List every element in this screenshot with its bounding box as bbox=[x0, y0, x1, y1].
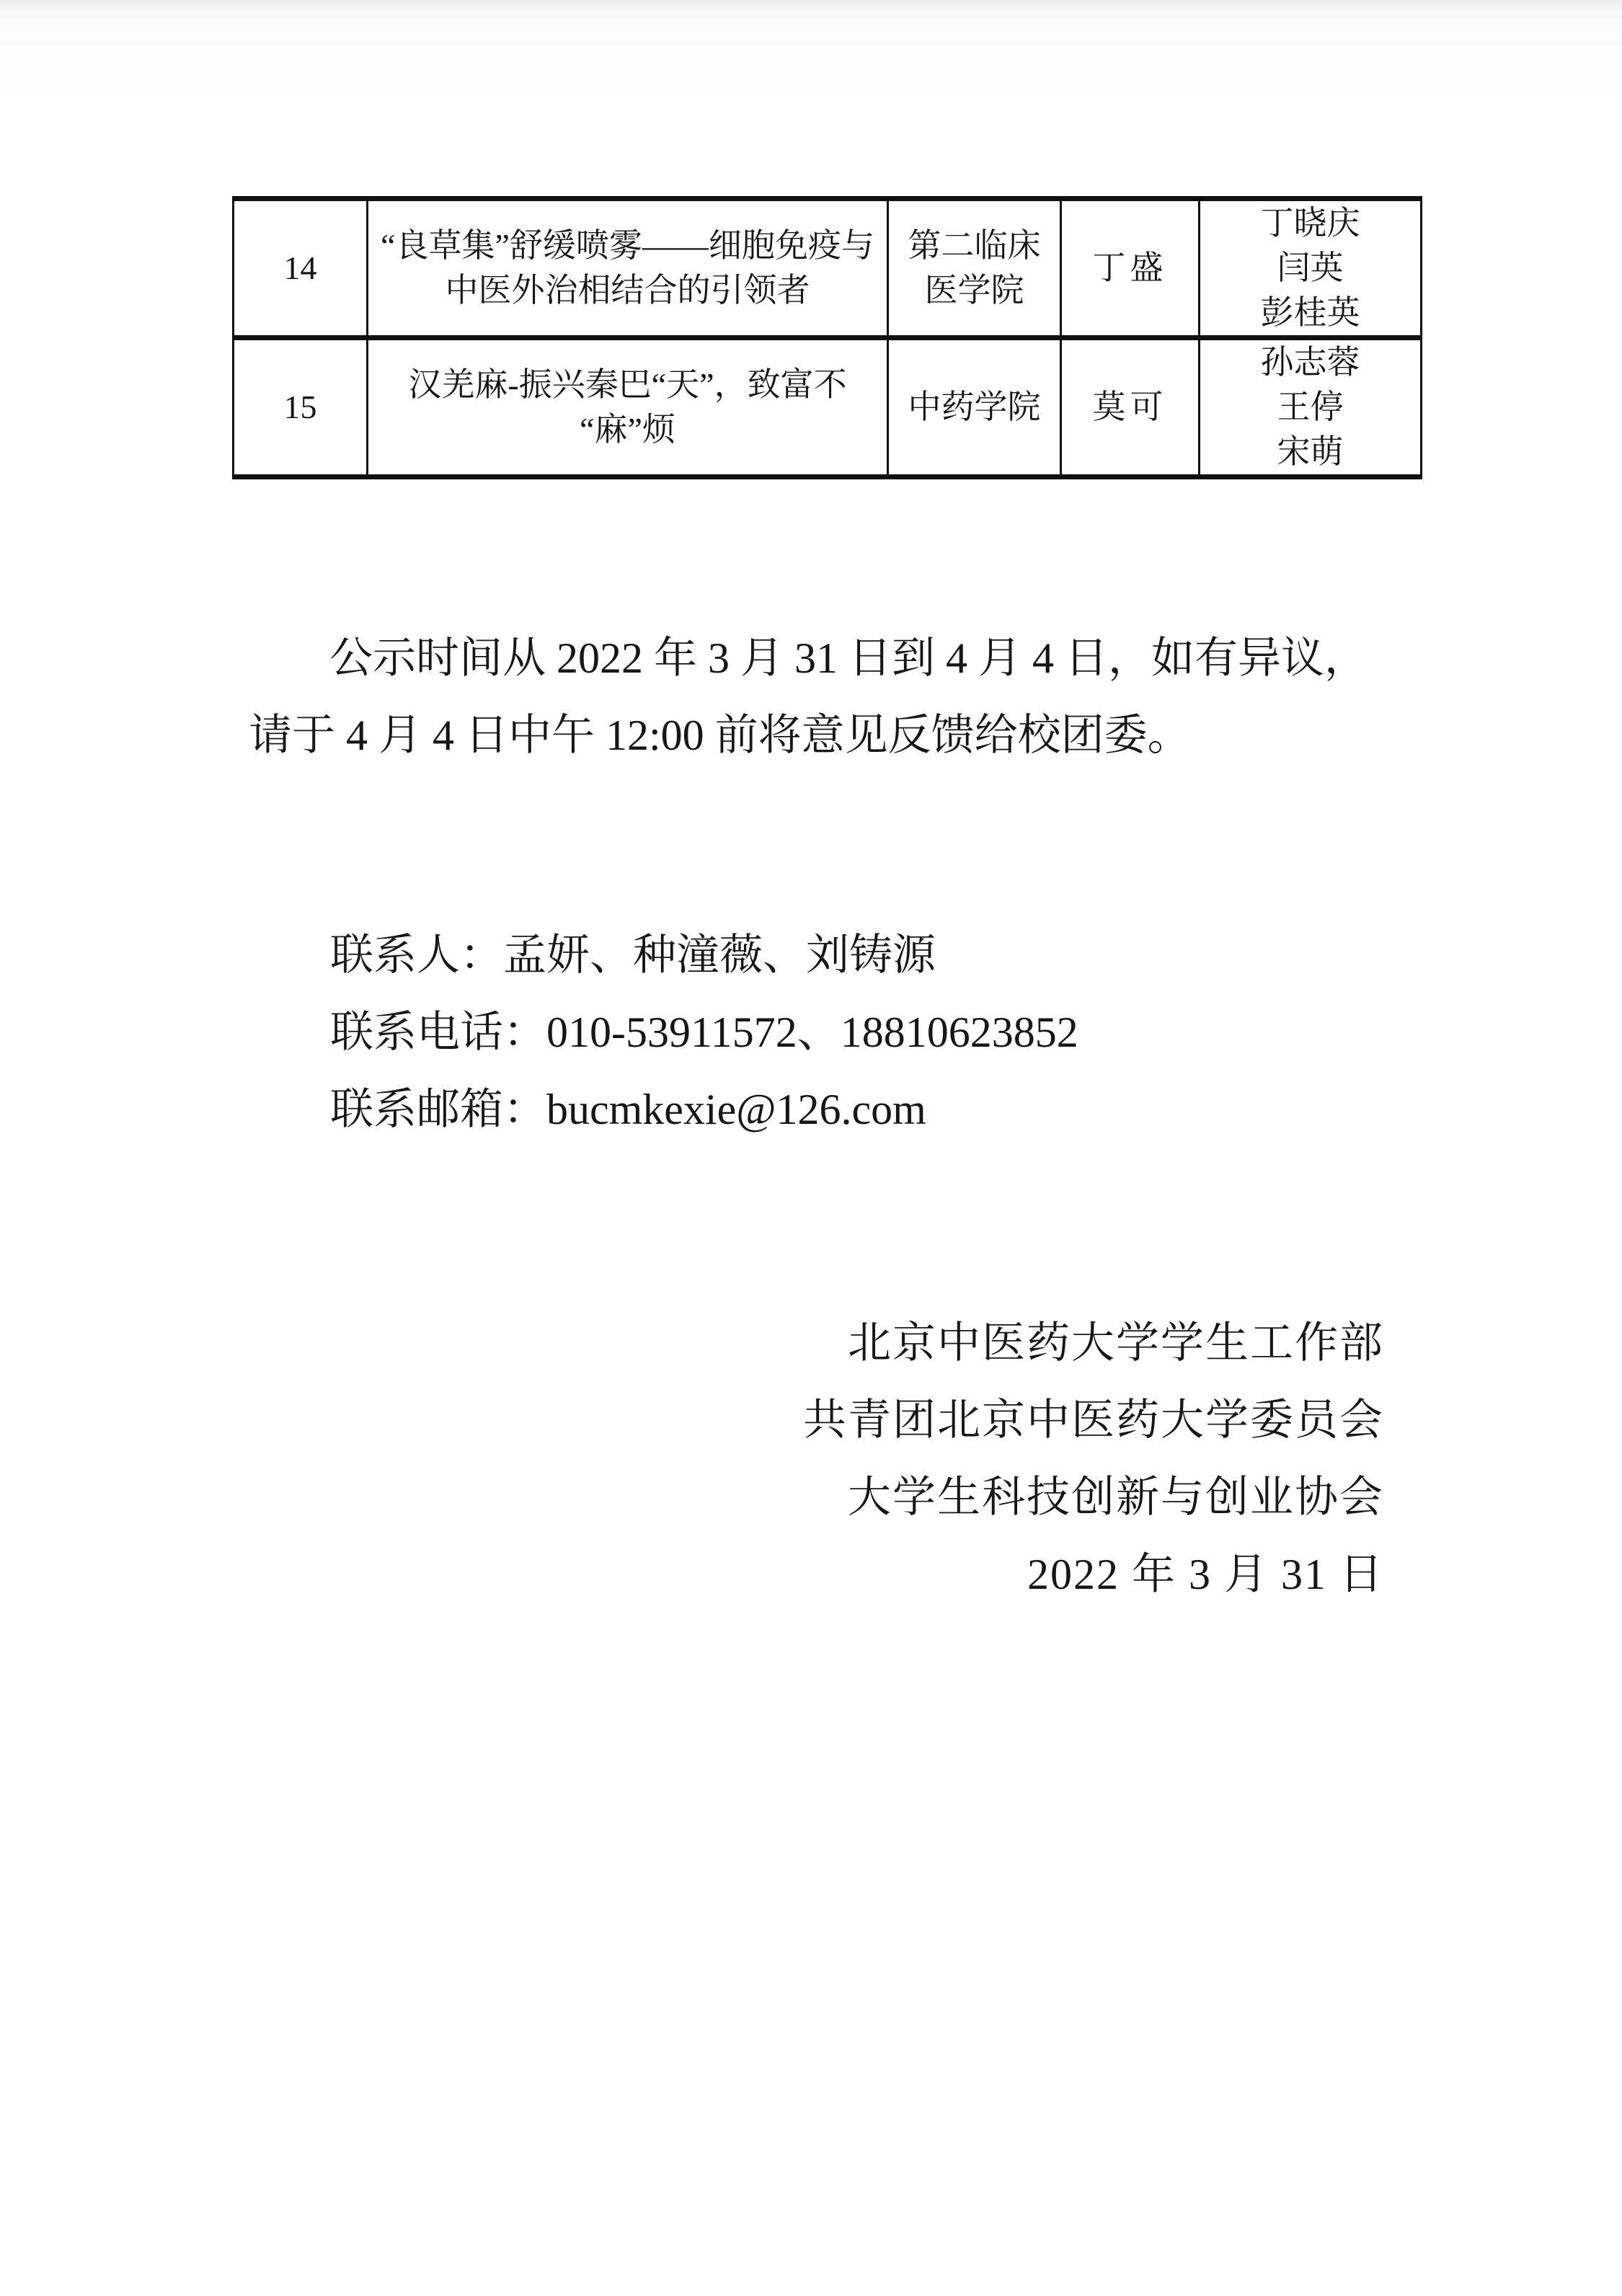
members-cell: 丁晓庆 闫英 彭桂英 bbox=[1200, 199, 1422, 338]
member-name: 闫英 bbox=[1205, 246, 1416, 291]
contact-email-line: 联系邮箱：bucmkexie@126.com bbox=[330, 1071, 1078, 1148]
table-row-14: 14 “良草集”舒缓喷雾——细胞免疫与 中医外治相结合的引领者 第二临床 医学院… bbox=[234, 199, 1422, 338]
member-name: 王停 bbox=[1205, 385, 1416, 430]
notice-paragraph: 公示时间从 2022 年 3 月 31 日到 4 月 4 日，如有异议， 请于 … bbox=[249, 620, 1417, 774]
members-cell: 孙志蓉 王停 宋萌 bbox=[1200, 338, 1422, 477]
contact-phone-line: 联系电话：010-53911572、18810623852 bbox=[330, 994, 1078, 1071]
college-cell: 中药学院 bbox=[888, 338, 1061, 477]
signature-org-line-1: 北京中医药大学学生工作部 bbox=[803, 1305, 1384, 1382]
contact-block: 联系人：孟妍、种潼薇、刘铸源 联系电话：010-53911572、1881062… bbox=[330, 917, 1078, 1148]
row-number-cell: 15 bbox=[234, 338, 368, 477]
row-number-cell: 14 bbox=[234, 199, 368, 338]
leader-cell: 丁盛 bbox=[1061, 199, 1200, 338]
signature-org-line-2: 共青团北京中医药大学委员会 bbox=[803, 1382, 1384, 1459]
contact-person-line: 联系人：孟妍、种潼薇、刘铸源 bbox=[330, 917, 1078, 994]
member-name: 彭桂英 bbox=[1205, 291, 1416, 335]
member-name: 宋萌 bbox=[1205, 430, 1416, 474]
member-name: 孙志蓉 bbox=[1205, 340, 1416, 385]
project-title-line: “麻”烦 bbox=[373, 407, 882, 452]
college-line: 中药学院 bbox=[893, 385, 1055, 430]
leader-cell: 莫可 bbox=[1061, 338, 1200, 477]
document-page: 14 “良草集”舒缓喷雾——细胞免疫与 中医外治相结合的引领者 第二临床 医学院… bbox=[0, 0, 1622, 2296]
project-title-cell: 汉羌麻-振兴秦巴“天”，致富不 “麻”烦 bbox=[368, 338, 888, 477]
project-title-line: “良草集”舒缓喷雾——细胞免疫与 bbox=[373, 223, 882, 268]
notice-line-1: 公示时间从 2022 年 3 月 31 日到 4 月 4 日，如有异议， bbox=[249, 620, 1417, 697]
notice-line-2: 请于 4 月 4 日中午 12:00 前将意见反馈给校团委。 bbox=[249, 697, 1417, 774]
project-title-cell: “良草集”舒缓喷雾——细胞免疫与 中医外治相结合的引领者 bbox=[368, 199, 888, 338]
project-title-line: 中医外治相结合的引领者 bbox=[373, 268, 882, 313]
college-line: 第二临床 bbox=[893, 223, 1055, 268]
signature-block: 北京中医药大学学生工作部 共青团北京中医药大学委员会 大学生科技创新与创业协会 … bbox=[803, 1305, 1384, 1613]
projects-table: 14 “良草集”舒缓喷雾——细胞免疫与 中医外治相结合的引领者 第二临床 医学院… bbox=[232, 196, 1422, 479]
member-name: 丁晓庆 bbox=[1205, 201, 1416, 246]
signature-org-line-3: 大学生科技创新与创业协会 bbox=[803, 1459, 1384, 1536]
college-line: 医学院 bbox=[893, 268, 1055, 313]
project-title-line: 汉羌麻-振兴秦巴“天”，致富不 bbox=[373, 363, 882, 407]
college-cell: 第二临床 医学院 bbox=[888, 199, 1061, 338]
signature-date-line: 2022 年 3 月 31 日 bbox=[803, 1536, 1384, 1613]
table-row-15: 15 汉羌麻-振兴秦巴“天”，致富不 “麻”烦 中药学院 莫可 孙志蓉 王停 宋… bbox=[234, 338, 1422, 477]
